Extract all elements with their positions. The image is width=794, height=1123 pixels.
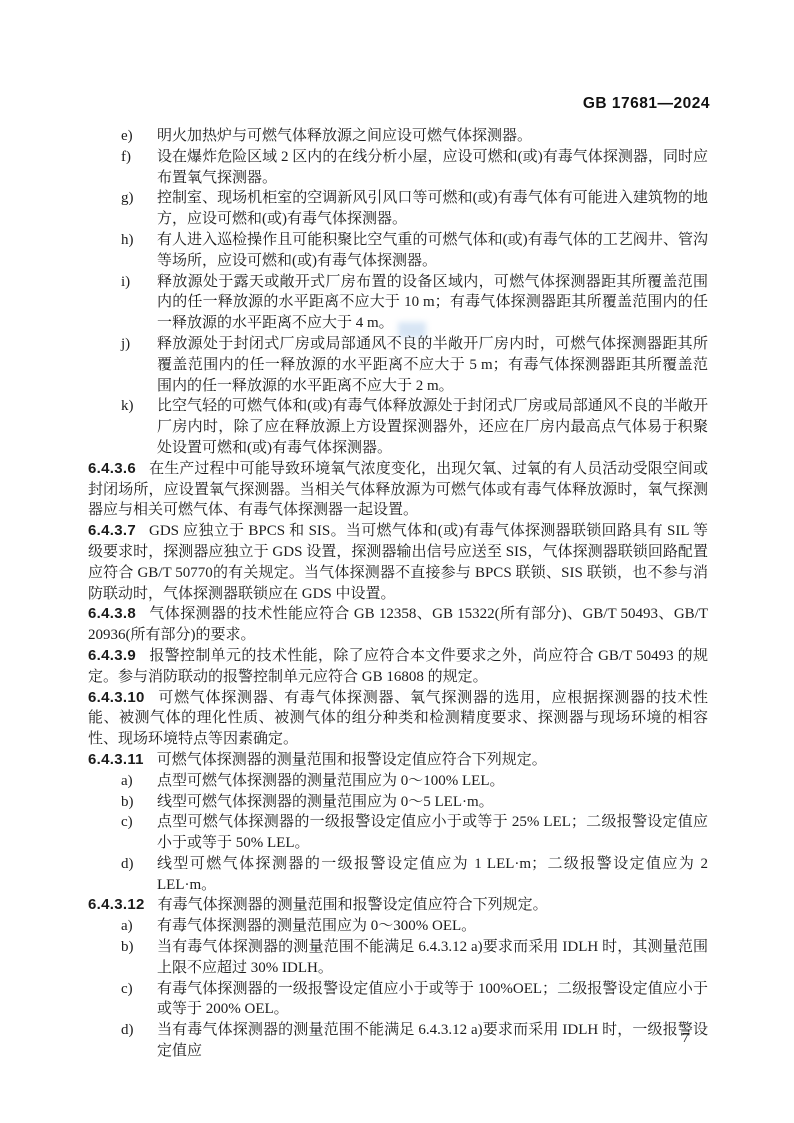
list-item-label: b): [121, 937, 134, 958]
clause-number: 6.4.3.12: [88, 896, 145, 913]
clause-paragraph: 6.4.3.8气体探测器的技术性能应符合 GB 12358、GB 15322(所…: [88, 604, 708, 646]
clause-paragraph: 6.4.3.6在生产过程中可能导致环境氧气浓度变化，出现欠氧、过氧的有人员活动受…: [88, 459, 708, 521]
list-item: d) 当有毒气体探测器的测量范围不能满足 6.4.3.12 a)要求而采用 ID…: [88, 1020, 708, 1062]
list-item: a) 有毒气体探测器的测量范围应为 0～300% OEL。: [88, 916, 708, 937]
list-item-text: 点型可燃气体探测器的一级报警设定值应小于或等于 25% LEL；二级报警设定值应…: [157, 814, 708, 851]
list-item-text: 释放源处于露天或敞开式厂房布置的设备区域内，可燃气体探测器距其所覆盖范围内的任一…: [157, 274, 708, 332]
clause-number: 6.4.3.10: [88, 689, 145, 706]
list-item-text: 当有毒气体探测器的测量范围不能满足 6.4.3.12 a)要求而采用 IDLH …: [157, 1022, 708, 1059]
clause-number: 6.4.3.7: [88, 522, 136, 539]
list-item-text: 释放源处于封闭式厂房或局部通风不良的半敞开厂房内时，可燃气体探测器距其所覆盖范围…: [157, 336, 708, 394]
list-item-label: c): [121, 979, 133, 1000]
list-item-label: a): [121, 771, 133, 792]
list-item-label: f): [121, 147, 131, 168]
list-item-label: h): [121, 230, 134, 251]
list-item-text: 线型可燃气体探测器的测量范围应为 0～5 LEL·m。: [157, 794, 494, 810]
list-item: e) 明火加热炉与可燃气体释放源之间应设可燃气体探测器。: [88, 126, 708, 147]
clause-text: 气体探测器的技术性能应符合 GB 12358、GB 15322(所有部分)、GB…: [88, 606, 708, 643]
list-item: k) 比空气轻的可燃气体和(或)有毒气体释放源处于封闭式厂房或局部通风不良的半敞…: [88, 396, 708, 458]
document-page: GB 17681—2024 e) 明火加热炉与可燃气体释放源之间应设可燃气体探测…: [0, 0, 794, 1123]
list-item-label: c): [121, 812, 133, 833]
list-item: c) 点型可燃气体探测器的一级报警设定值应小于或等于 25% LEL；二级报警设…: [88, 812, 708, 854]
list-item-label: i): [121, 272, 130, 293]
list-item: g) 控制室、现场机柜室的空调新风引风口等可燃和(或)有毒气体有可能进入建筑物的…: [88, 188, 708, 230]
clause-paragraph: 6.4.3.10可燃气体探测器、有毒气体探测器、氧气探测器的选用，应根据探测器的…: [88, 688, 708, 750]
clause-text: 报警控制单元的技术性能，除了应符合本文件要求之外，尚应符合 GB/T 50493…: [88, 648, 708, 685]
clause-paragraph: 6.4.3.11可燃气体探测器的测量范围和报警设定值应符合下列规定。: [88, 750, 708, 771]
list-item: a) 点型可燃气体探测器的测量范围应为 0～100% LEL。: [88, 771, 708, 792]
list-item-text: 有毒气体探测器的一级报警设定值应小于或等于 100%OEL；二级报警设定值应小于…: [157, 981, 708, 1018]
list-item-label: b): [121, 792, 134, 813]
list-item-text: 点型可燃气体探测器的测量范围应为 0～100% LEL。: [157, 773, 505, 789]
list-item-label: j): [121, 334, 130, 355]
clause-paragraph: 6.4.3.9报警控制单元的技术性能，除了应符合本文件要求之外，尚应符合 GB/…: [88, 646, 708, 688]
list-item: i) 释放源处于露天或敞开式厂房布置的设备区域内，可燃气体探测器距其所覆盖范围内…: [88, 272, 708, 334]
clause-text: 可燃气体探测器的测量范围和报警设定值应符合下列规定。: [157, 752, 547, 768]
list-item: b) 线型可燃气体探测器的测量范围应为 0～5 LEL·m。: [88, 792, 708, 813]
list-item-label: k): [121, 396, 134, 417]
list-item: d) 线型可燃气体探测器的一级报警设定值应为 1 LEL·m；二级报警设定值应为…: [88, 854, 708, 896]
standard-number-header: GB 17681—2024: [583, 95, 710, 113]
clause-paragraph: 6.4.3.12有毒气体探测器的测量范围和报警设定值应符合下列规定。: [88, 895, 708, 916]
list-item-text: 比空气轻的可燃气体和(或)有毒气体释放源处于封闭式厂房或局部通风不良的半敞开厂房…: [157, 398, 708, 456]
list-item: b) 当有毒气体探测器的测量范围不能满足 6.4.3.12 a)要求而采用 ID…: [88, 937, 708, 979]
list-item-label: e): [121, 126, 133, 147]
clause-number: 6.4.3.11: [88, 751, 144, 768]
list-item: h) 有人进入巡检操作且可能积聚比空气重的可燃气体和(或)有毒气体的工艺阀井、管…: [88, 230, 708, 272]
document-body: e) 明火加热炉与可燃气体释放源之间应设可燃气体探测器。 f) 设在爆炸危险区域…: [88, 126, 708, 1062]
list-item: c) 有毒气体探测器的一级报警设定值应小于或等于 100%OEL；二级报警设定值…: [88, 979, 708, 1021]
page-number: 7: [682, 1031, 689, 1047]
clause-text: GDS 应独立于 BPCS 和 SIS。当可燃气体和(或)有毒气体探测器联锁回路…: [88, 523, 708, 601]
list-item-text: 有毒气体探测器的测量范围应为 0～300% OEL。: [157, 918, 476, 934]
clause-text: 有毒气体探测器的测量范围和报警设定值应符合下列规定。: [158, 897, 548, 913]
clause-number: 6.4.3.8: [88, 605, 136, 622]
clause-text: 可燃气体探测器、有毒气体探测器、氧气探测器的选用，应根据探测器的技术性能、被测气…: [88, 690, 708, 748]
clause-paragraph: 6.4.3.7GDS 应独立于 BPCS 和 SIS。当可燃气体和(或)有毒气体…: [88, 521, 708, 604]
list-item: f) 设在爆炸危险区域 2 区内的在线分析小屋，应设可燃和(或)有毒气体探测器，…: [88, 147, 708, 189]
list-item-label: g): [121, 188, 134, 209]
clause-number: 6.4.3.6: [88, 460, 136, 477]
list-item-text: 当有毒气体探测器的测量范围不能满足 6.4.3.12 a)要求而采用 IDLH …: [157, 939, 708, 976]
list-item: j) 释放源处于封闭式厂房或局部通风不良的半敞开厂房内时，可燃气体探测器距其所覆…: [88, 334, 708, 396]
list-item-text: 明火加热炉与可燃气体释放源之间应设可燃气体探测器。: [157, 128, 532, 144]
list-item-text: 设在爆炸危险区域 2 区内的在线分析小屋，应设可燃和(或)有毒气体探测器，同时应…: [157, 149, 708, 186]
list-item-text: 有人进入巡检操作且可能积聚比空气重的可燃气体和(或)有毒气体的工艺阀井、管沟等场…: [157, 232, 708, 269]
list-item-label: d): [121, 854, 134, 875]
clause-text: 在生产过程中可能导致环境氧气浓度变化，出现欠氧、过氧的有人员活动受限空间或封闭场…: [88, 461, 708, 519]
list-item-label: d): [121, 1020, 134, 1041]
list-item-label: a): [121, 916, 133, 937]
list-item-text: 线型可燃气体探测器的一级报警设定值应为 1 LEL·m；二级报警设定值应为 2 …: [157, 856, 708, 893]
list-item-text: 控制室、现场机柜室的空调新风引风口等可燃和(或)有毒气体有可能进入建筑物的地方，…: [157, 190, 708, 227]
clause-number: 6.4.3.9: [88, 647, 136, 664]
